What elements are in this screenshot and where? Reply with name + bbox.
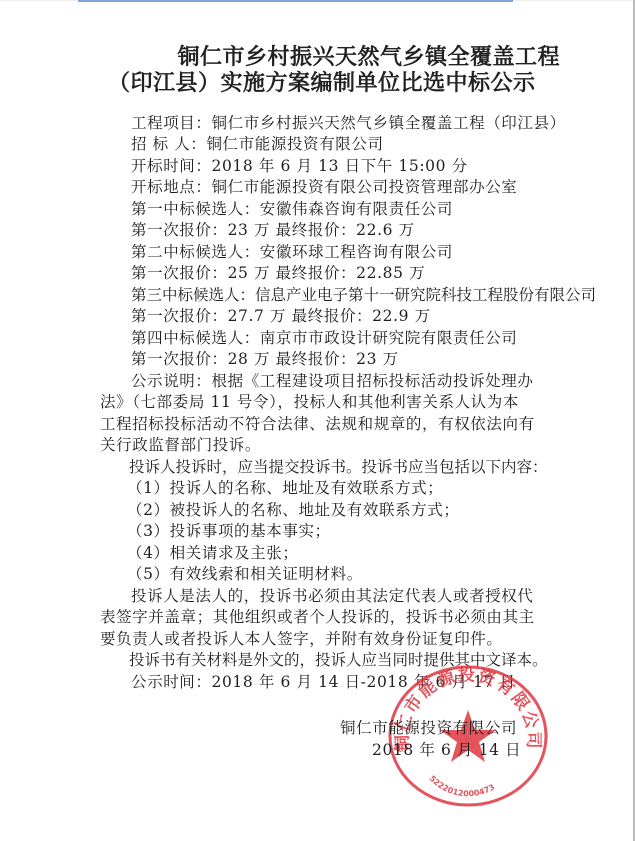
candidate-1-label: 第一中标候选人：安徽伟森咨询有限责任公司 (131, 199, 453, 219)
candidate-4-label: 第四中标候选人：南京市市政设计研究院有限责任公司 (131, 328, 517, 348)
candidate-3-label: 第三中标候选人：信息产业电子第十一研究院科技工程股份有限公司 (131, 285, 596, 305)
issuer-name: 铜仁市能源投资有限公司 (340, 716, 517, 738)
issue-date: 2018 年 6 月 14 日 (372, 738, 521, 760)
signature-paragraph-line-1: 投诉人是法人的，投诉书必须由其法定代表人或者授权代 (131, 586, 534, 606)
notice-paragraph-line-2: 法》（七部委局 11 号令），投标人和其他利害关系人认为本 (100, 392, 519, 412)
notice-paragraph-line-1: 公示说明：根据《工程建设项目招标投标活动投诉处理办 (131, 371, 534, 391)
complaint-item-5: （5）有效线索和相关证明材料。 (127, 564, 363, 584)
complaint-item-4: （4）相关请求及主张； (127, 543, 298, 563)
complaint-item-2: （2）被投诉人的名称、地址及有效联系方式； (127, 500, 459, 520)
document-title-line-2: （印江县）实施方案编制单位比选中标公示 (108, 66, 568, 97)
complaint-intro: 投诉人投诉时，应当提交投诉书。投诉书应当包括以下内容： (129, 457, 548, 477)
signature-paragraph-line-3: 要负责人或者投诉人本人签字，并附有效身份证复印件。 (100, 629, 503, 649)
field-tenderer: 招 标 人：铜仁市能源投资有限公司 (131, 134, 384, 154)
candidate-3-price: 第一次报价：27.7 万 最终报价：22.9 万 (131, 306, 431, 326)
candidate-2-price: 第一次报价：25 万 最终报价：22.85 万 (131, 263, 425, 283)
complaint-item-3: （3）投诉事项的基本事实； (127, 521, 331, 541)
field-opening-location: 开标地点：铜仁市能源投资有限公司投资管理部办公室 (131, 177, 517, 197)
complaint-item-1: （1）投诉人的名称、地址及有效联系方式； (127, 478, 443, 498)
stamp-code: 5222012000473 (428, 774, 497, 799)
notice-paragraph-line-4: 关行政监督部门投诉。 (100, 435, 261, 455)
notice-paragraph-line-3: 工程招标投标活动不符合法律、法规和规章的，有权依法向有 (100, 414, 535, 434)
field-opening-time: 开标时间：2018 年 6 月 13 日下午 15:00 分 (131, 156, 468, 176)
field-project: 工程项目：铜仁市乡村振兴天然气乡镇全覆盖工程（印江县） (131, 113, 566, 133)
candidate-2-label: 第二中标候选人：安徽环球工程咨询有限公司 (131, 242, 453, 262)
candidate-4-price: 第一次报价：28 万 最终报价：23 万 (131, 349, 399, 369)
candidate-1-price: 第一次报价：23 万 最终报价：22.6 万 (131, 220, 415, 240)
svg-text:5222012000473: 5222012000473 (428, 774, 497, 799)
signature-paragraph-line-2: 表签字并盖章；其他组织或者个人投诉的，投诉书必须由其主 (100, 607, 535, 627)
page-top-accent-line (78, 0, 513, 2)
